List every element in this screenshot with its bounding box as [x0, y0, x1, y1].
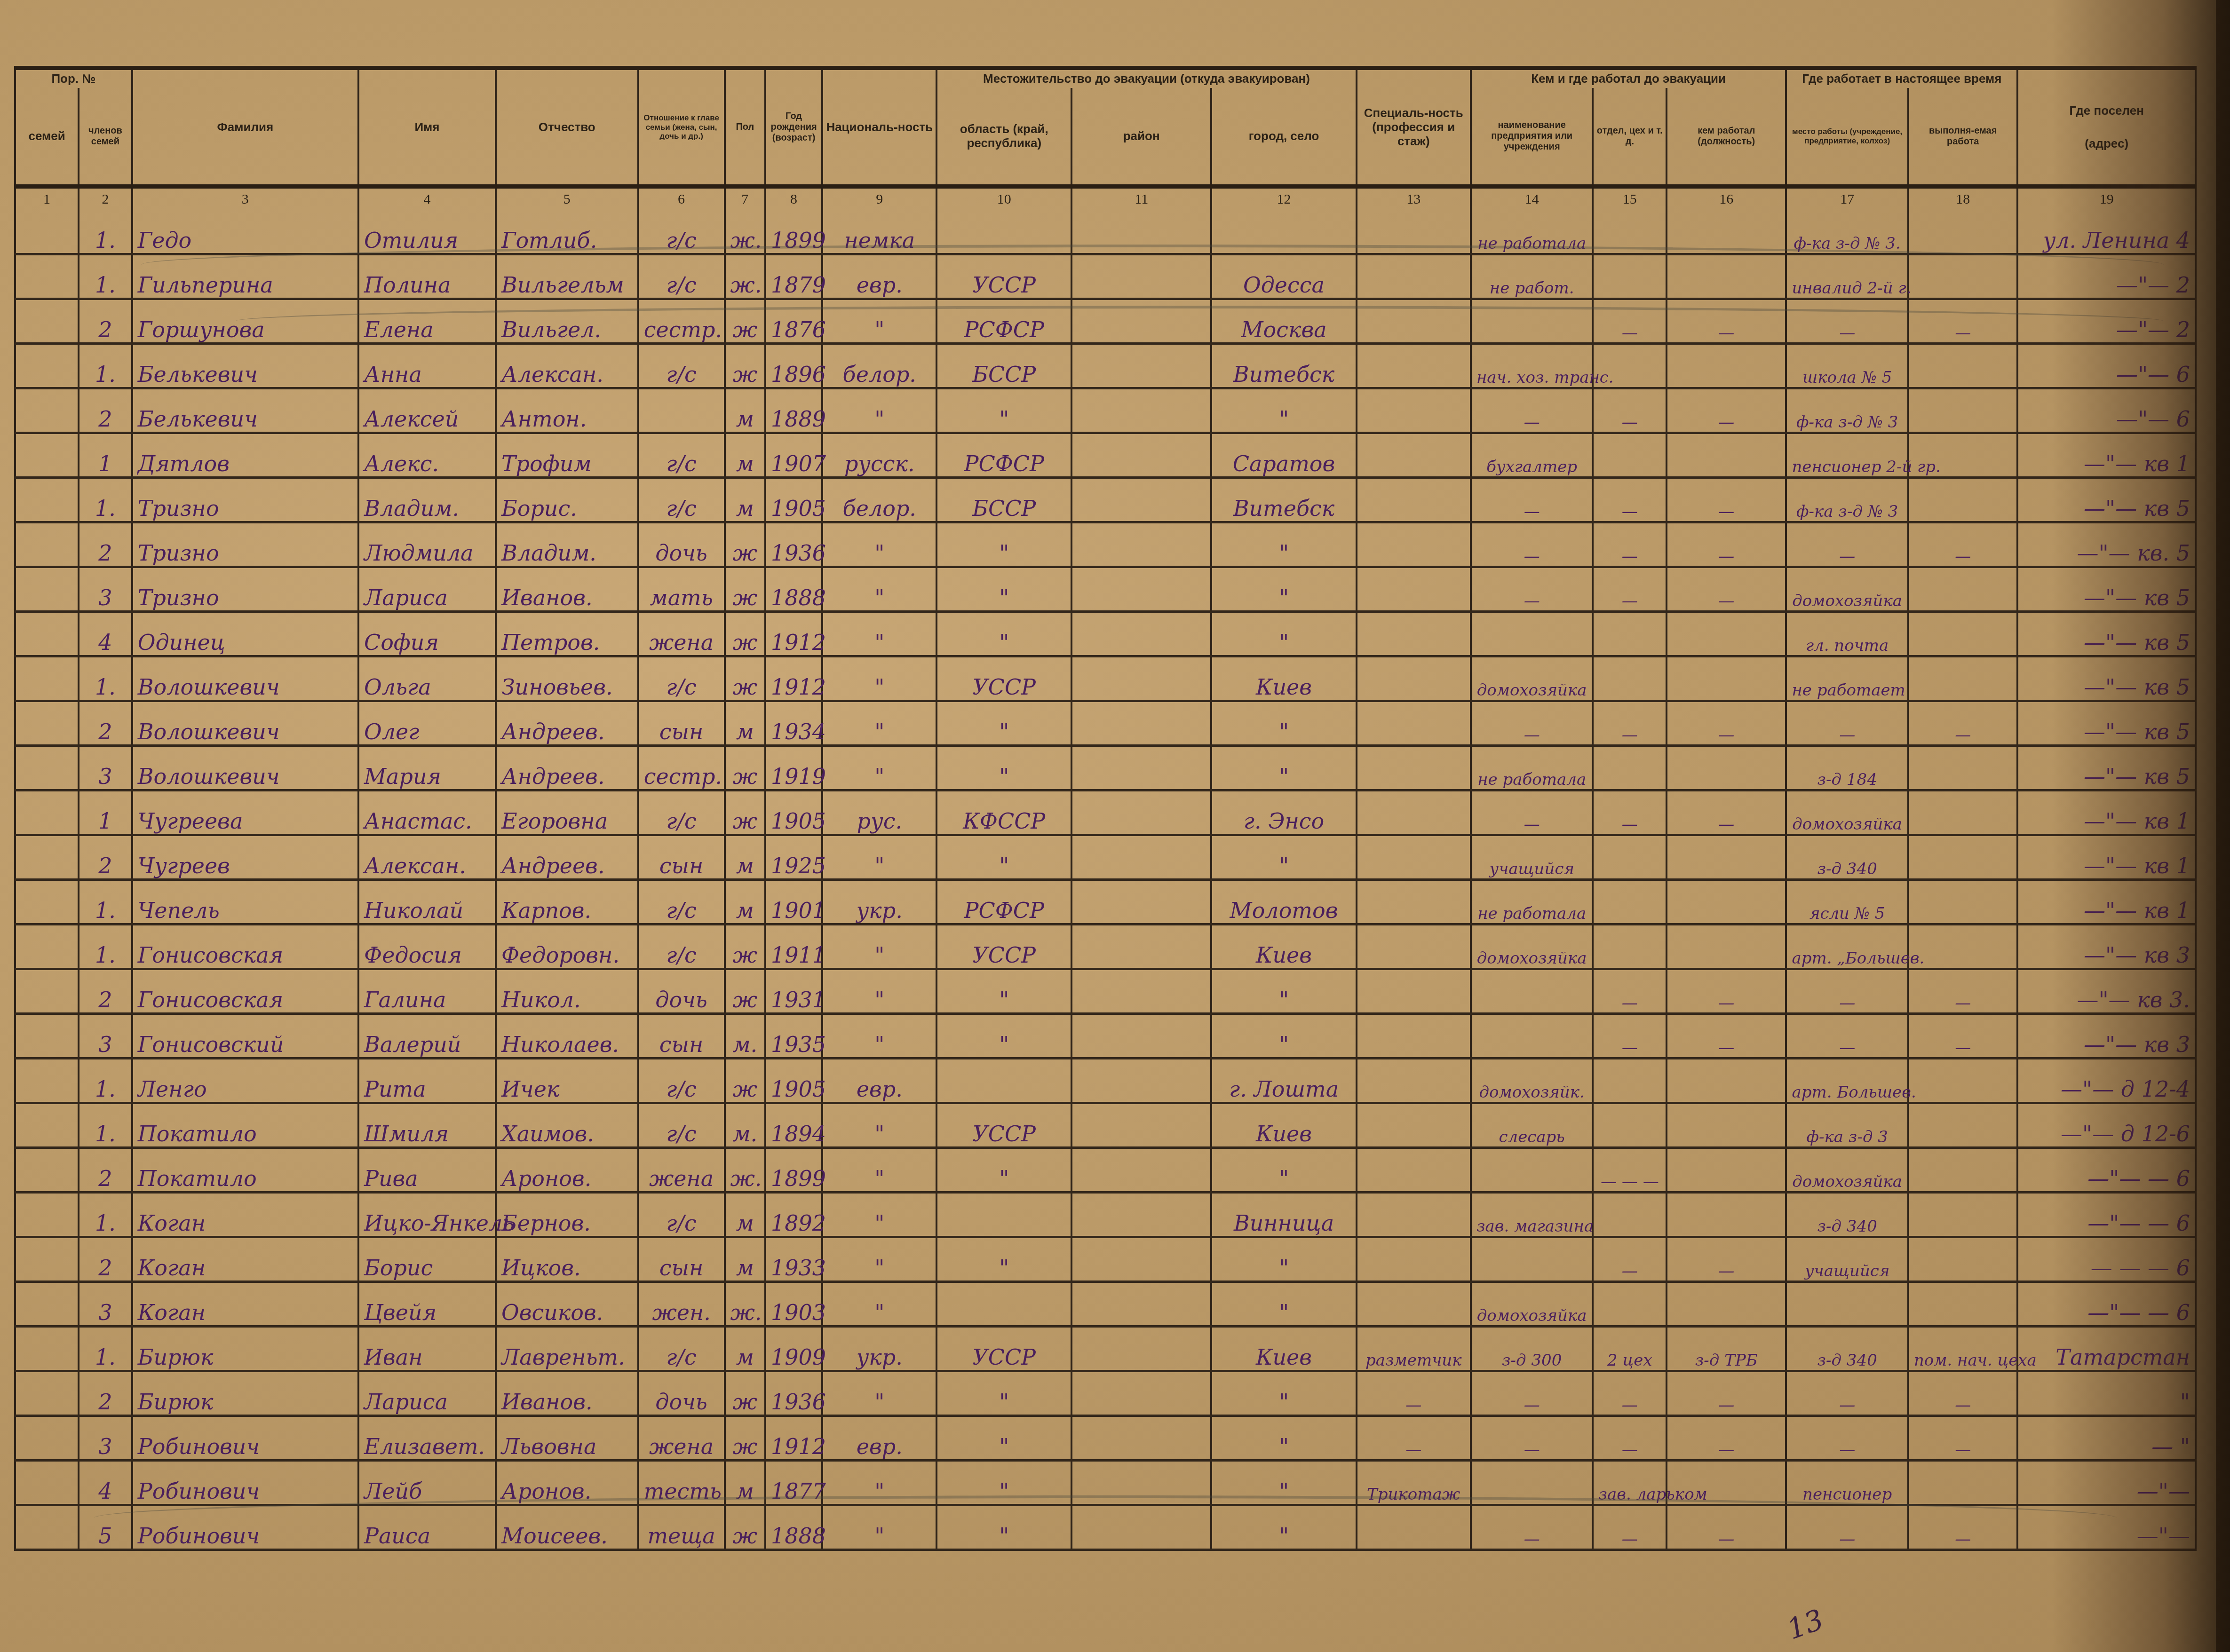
- cell-city: Москва: [1211, 299, 1356, 343]
- cell-nationality: укр.: [822, 1326, 936, 1371]
- cell-current-job: —: [1908, 969, 2018, 1013]
- table-row: 3ГонисовскийВалерийНиколаев.сынм.1935"""…: [15, 1013, 2196, 1058]
- col-chlenov-semey: членов семей: [79, 88, 132, 187]
- cell-district: [1071, 879, 1211, 924]
- cell-family-no: [15, 1326, 79, 1371]
- cell-sex: ж.: [725, 1147, 766, 1192]
- cell-nationality: ": [822, 1192, 936, 1237]
- cell-region: УССР: [936, 1103, 1071, 1147]
- cell-prev-employer: [1471, 969, 1593, 1013]
- cell-prev-employer: [1471, 1013, 1593, 1058]
- table-row: 2ПокатилоРиваАронов.женаж.1899"""— — —до…: [15, 1147, 2196, 1192]
- column-number: 4: [358, 187, 496, 211]
- cell-relation: г/с: [638, 211, 725, 254]
- cell-prev-position: [1667, 924, 1786, 969]
- cell-prev-dept: [1593, 835, 1667, 879]
- cell-current-workplace: —: [1786, 969, 1908, 1013]
- cell-first-name: Владим.: [358, 477, 496, 522]
- cell-city: ": [1211, 1147, 1356, 1192]
- cell-region: ": [936, 835, 1071, 879]
- cell-prev-employer: не работ.: [1471, 254, 1593, 299]
- column-number: 18: [1908, 187, 2018, 211]
- cell-city: ": [1211, 835, 1356, 879]
- cell-current-workplace: —: [1786, 701, 1908, 745]
- cell-district: [1071, 477, 1211, 522]
- cell-relation: г/с: [638, 656, 725, 701]
- cell-nationality: белор.: [822, 343, 936, 388]
- cell-current-workplace: домохозяйка: [1786, 1147, 1908, 1192]
- cell-current-job: [1908, 1460, 2018, 1505]
- cell-relation: дочь: [638, 522, 725, 567]
- cell-specialty: [1357, 254, 1471, 299]
- cell-address: —"— кв 1: [2017, 879, 2196, 924]
- cell-address: —"— д 12-4: [2017, 1058, 2196, 1103]
- cell-city: Киев: [1211, 924, 1356, 969]
- cell-patronymic: Овсиков.: [496, 1281, 638, 1326]
- cell-family-no: [15, 1237, 79, 1281]
- cell-member-no: 3: [79, 1281, 132, 1326]
- cell-prev-dept: —: [1593, 1371, 1667, 1415]
- table-row: 1.ГедоОтилияГотлиб.г/сж.1899немкане рабо…: [15, 211, 2196, 254]
- cell-relation: г/с: [638, 1192, 725, 1237]
- cell-sex: м.: [725, 1103, 766, 1147]
- cell-patronymic: Андреев.: [496, 835, 638, 879]
- cell-first-name: Цвейя: [358, 1281, 496, 1326]
- col-mestozhitelstvo: Местожительство до эвакуации (откуда эва…: [936, 68, 1356, 88]
- cell-address: —"— 6: [2017, 388, 2196, 433]
- cell-sex: ж.: [725, 254, 766, 299]
- cell-city: ": [1211, 969, 1356, 1013]
- column-number: 14: [1471, 187, 1593, 211]
- cell-first-name: Рита: [358, 1058, 496, 1103]
- cell-specialty: [1357, 211, 1471, 254]
- cell-nationality: ": [822, 701, 936, 745]
- cell-prev-position: —: [1667, 522, 1786, 567]
- cell-relation: сын: [638, 701, 725, 745]
- cell-address: —"— кв 3.: [2017, 969, 2196, 1013]
- table-row: 2ЧугреевАлексан.Андреев.сынм1925"""учащи…: [15, 835, 2196, 879]
- cell-region: ": [936, 745, 1071, 790]
- cell-district: [1071, 835, 1211, 879]
- cell-nationality: ": [822, 745, 936, 790]
- cell-specialty: [1357, 879, 1471, 924]
- cell-prev-employer: нач. хоз. транс.: [1471, 343, 1593, 388]
- cell-district: [1071, 1058, 1211, 1103]
- cell-member-no: 2: [79, 522, 132, 567]
- cell-city: ": [1211, 1281, 1356, 1326]
- cell-district: [1071, 745, 1211, 790]
- cell-member-no: 3: [79, 1013, 132, 1058]
- column-number: 13: [1357, 187, 1471, 211]
- cell-member-no: 3: [79, 1415, 132, 1460]
- cell-birth-year: 1896: [765, 343, 822, 388]
- cell-region: КФССР: [936, 790, 1071, 835]
- cell-prev-dept: —: [1593, 969, 1667, 1013]
- cell-patronymic: Хаимов.: [496, 1103, 638, 1147]
- cell-birth-year: 1894: [765, 1103, 822, 1147]
- cell-nationality: ": [822, 388, 936, 433]
- cell-prev-position: [1667, 211, 1786, 254]
- column-number: 3: [132, 187, 358, 211]
- cell-birth-year: 1909: [765, 1326, 822, 1371]
- cell-birth-year: 1935: [765, 1013, 822, 1058]
- column-number: 15: [1593, 187, 1667, 211]
- column-number: 2: [79, 187, 132, 211]
- cell-current-workplace: ясли № 5: [1786, 879, 1908, 924]
- cell-current-job: —: [1908, 1505, 2018, 1549]
- cell-patronymic: Владим.: [496, 522, 638, 567]
- page-number: 13: [1783, 1603, 1828, 1646]
- cell-specialty: [1357, 477, 1471, 522]
- cell-prev-position: [1667, 835, 1786, 879]
- cell-prev-employer: —: [1471, 522, 1593, 567]
- cell-prev-position: —: [1667, 1371, 1786, 1415]
- cell-current-job: [1908, 879, 2018, 924]
- cell-specialty: [1357, 656, 1471, 701]
- cell-region: УССР: [936, 656, 1071, 701]
- cell-birth-year: 1912: [765, 656, 822, 701]
- cell-relation: мать: [638, 567, 725, 611]
- col-familiya: Фамилия: [132, 68, 358, 187]
- cell-first-name: Иван: [358, 1326, 496, 1371]
- cell-prev-position: [1667, 879, 1786, 924]
- cell-prev-position: —: [1667, 567, 1786, 611]
- page-edge: [2216, 0, 2230, 1652]
- cell-prev-dept: —: [1593, 1415, 1667, 1460]
- cell-prev-dept: —: [1593, 522, 1667, 567]
- cell-birth-year: 1936: [765, 1371, 822, 1415]
- table-row: 1.ВолошкевичОльгаЗиновьев.г/сж1912"УССРК…: [15, 656, 2196, 701]
- cell-current-workplace: арт. „Большев.: [1786, 924, 1908, 969]
- cell-family-no: [15, 1103, 79, 1147]
- table-row: 1.ЛенгоРитаИчекг/сж1905евр.г. Лоштадомох…: [15, 1058, 2196, 1103]
- cell-city: Молотов: [1211, 879, 1356, 924]
- cell-surname: Гедо: [132, 211, 358, 254]
- cell-current-job: [1908, 611, 2018, 656]
- cell-member-no: 2: [79, 1147, 132, 1192]
- cell-specialty: [1357, 388, 1471, 433]
- cell-prev-employer: —: [1471, 477, 1593, 522]
- col-oblast: область (край, республика): [936, 88, 1071, 187]
- cell-specialty: [1357, 745, 1471, 790]
- cell-region: УССР: [936, 1326, 1071, 1371]
- cell-sex: ж.: [725, 1281, 766, 1326]
- cell-nationality: русск.: [822, 433, 936, 477]
- col-naimenovanie: наименование предприятия или учреждения: [1471, 88, 1593, 187]
- cell-first-name: Раиса: [358, 1505, 496, 1549]
- cell-city: ": [1211, 567, 1356, 611]
- cell-current-job: —: [1908, 1415, 2018, 1460]
- cell-birth-year: 1892: [765, 1192, 822, 1237]
- cell-district: [1071, 1237, 1211, 1281]
- cell-sex: ж: [725, 924, 766, 969]
- cell-address: —"— кв 1: [2017, 790, 2196, 835]
- cell-prev-dept: —: [1593, 1505, 1667, 1549]
- cell-sex: м: [725, 835, 766, 879]
- cell-nationality: ": [822, 1460, 936, 1505]
- cell-member-no: 2: [79, 1371, 132, 1415]
- cell-specialty: [1357, 299, 1471, 343]
- cell-prev-dept: [1593, 611, 1667, 656]
- cell-patronymic: Ичек: [496, 1058, 638, 1103]
- cell-birth-year: 1912: [765, 1415, 822, 1460]
- cell-birth-year: 1905: [765, 477, 822, 522]
- cell-member-no: 1.: [79, 343, 132, 388]
- cell-city: ": [1211, 1415, 1356, 1460]
- cell-relation: жена: [638, 1415, 725, 1460]
- cell-specialty: [1357, 924, 1471, 969]
- cell-district: [1071, 1460, 1211, 1505]
- column-number: 10: [936, 187, 1071, 211]
- table-row: 3ВолошкевичМарияАндреев.сестр.ж1919"""не…: [15, 745, 2196, 790]
- cell-nationality: ": [822, 969, 936, 1013]
- cell-current-workplace: —: [1786, 1371, 1908, 1415]
- cell-member-no: 1.: [79, 656, 132, 701]
- cell-nationality: ": [822, 924, 936, 969]
- cell-birth-year: 1903: [765, 1281, 822, 1326]
- cell-prev-position: —: [1667, 388, 1786, 433]
- cell-nationality: ": [822, 1013, 936, 1058]
- cell-relation: г/с: [638, 343, 725, 388]
- cell-relation: тесть: [638, 1460, 725, 1505]
- cell-family-no: [15, 254, 79, 299]
- cell-specialty: [1357, 969, 1471, 1013]
- cell-first-name: Анастас.: [358, 790, 496, 835]
- cell-sex: ж: [725, 1505, 766, 1549]
- cell-address: —"— — 6: [2017, 1192, 2196, 1237]
- cell-prev-dept: [1593, 211, 1667, 254]
- col-otdel: отдел, цех и т. д.: [1593, 88, 1667, 187]
- cell-district: [1071, 1281, 1211, 1326]
- cell-current-job: —: [1908, 1371, 2018, 1415]
- cell-region: ": [936, 567, 1071, 611]
- cell-prev-employer: не работала: [1471, 879, 1593, 924]
- cell-sex: м: [725, 1192, 766, 1237]
- cell-district: [1071, 924, 1211, 969]
- cell-prev-position: —: [1667, 299, 1786, 343]
- cell-current-workplace: не работает: [1786, 656, 1908, 701]
- cell-current-workplace: домохозяйка: [1786, 567, 1908, 611]
- cell-prev-dept: — — —: [1593, 1147, 1667, 1192]
- cell-current-workplace: —: [1786, 1013, 1908, 1058]
- cell-patronymic: Егоровна: [496, 790, 638, 835]
- cell-prev-employer: —: [1471, 701, 1593, 745]
- cell-first-name: Алексей: [358, 388, 496, 433]
- table-row: 2ГоршуноваЕленаВильгел.сестр.ж1876"РСФСР…: [15, 299, 2196, 343]
- cell-region: УССР: [936, 254, 1071, 299]
- cell-specialty: [1357, 1237, 1471, 1281]
- cell-first-name: Лариса: [358, 567, 496, 611]
- cell-first-name: Федосия: [358, 924, 496, 969]
- cell-current-job: [1908, 924, 2018, 969]
- cell-current-job: [1908, 656, 2018, 701]
- cell-prev-employer: зав. магазина: [1471, 1192, 1593, 1237]
- cell-first-name: Людмила: [358, 522, 496, 567]
- cell-member-no: 4: [79, 1460, 132, 1505]
- cell-family-no: [15, 879, 79, 924]
- cell-current-workplace: школа № 5: [1786, 343, 1908, 388]
- cell-city: ": [1211, 388, 1356, 433]
- cell-prev-position: [1667, 1281, 1786, 1326]
- cell-city: г. Лошта: [1211, 1058, 1356, 1103]
- cell-prev-position: [1667, 254, 1786, 299]
- cell-current-job: [1908, 1103, 2018, 1147]
- cell-specialty: [1357, 1058, 1471, 1103]
- cell-sex: м: [725, 388, 766, 433]
- cell-district: [1071, 343, 1211, 388]
- cell-current-workplace: инвалид 2-й г.: [1786, 254, 1908, 299]
- cell-nationality: ": [822, 567, 936, 611]
- cell-city: ": [1211, 1237, 1356, 1281]
- cell-city: Киев: [1211, 1103, 1356, 1147]
- cell-prev-dept: —: [1593, 388, 1667, 433]
- cell-relation: г/с: [638, 433, 725, 477]
- cell-city: Витебск: [1211, 477, 1356, 522]
- cell-family-no: [15, 299, 79, 343]
- cell-first-name: Лариса: [358, 1371, 496, 1415]
- cell-prev-position: [1667, 656, 1786, 701]
- col-pol: Пол: [725, 68, 766, 187]
- cell-prev-dept: [1593, 1192, 1667, 1237]
- column-number: 5: [496, 187, 638, 211]
- cell-relation: теща: [638, 1505, 725, 1549]
- cell-patronymic: Николаев.: [496, 1013, 638, 1058]
- cell-member-no: 3: [79, 745, 132, 790]
- cell-member-no: 2: [79, 701, 132, 745]
- cell-prev-dept: [1593, 1058, 1667, 1103]
- cell-address: —"— кв 1: [2017, 835, 2196, 879]
- cell-prev-position: [1667, 745, 1786, 790]
- cell-surname: Бирюк: [132, 1371, 358, 1415]
- cell-current-workplace: пенсионер: [1786, 1460, 1908, 1505]
- cell-surname: Покатило: [132, 1147, 358, 1192]
- cell-family-no: [15, 1505, 79, 1549]
- cell-first-name: Анна: [358, 343, 496, 388]
- cell-specialty: разметчик: [1357, 1326, 1471, 1371]
- cell-nationality: евр.: [822, 1058, 936, 1103]
- cell-birth-year: 1934: [765, 701, 822, 745]
- table-row: 1.КоганИцко-ЯнкельБернов.г/см1892"Винниц…: [15, 1192, 2196, 1237]
- cell-prev-employer: [1471, 299, 1593, 343]
- cell-relation: сестр.: [638, 745, 725, 790]
- cell-family-no: [15, 211, 79, 254]
- cell-relation: сестр.: [638, 299, 725, 343]
- cell-sex: м: [725, 1460, 766, 1505]
- cell-region: ": [936, 1371, 1071, 1415]
- cell-prev-dept: [1593, 254, 1667, 299]
- cell-specialty: [1357, 567, 1471, 611]
- cell-patronymic: Трофим: [496, 433, 638, 477]
- cell-city: ": [1211, 745, 1356, 790]
- cell-prev-employer: домохозяйка: [1471, 656, 1593, 701]
- cell-family-no: [15, 567, 79, 611]
- cell-city: ": [1211, 1371, 1356, 1415]
- cell-member-no: 1.: [79, 211, 132, 254]
- cell-nationality: рус.: [822, 790, 936, 835]
- cell-patronymic: Львовна: [496, 1415, 638, 1460]
- cell-current-job: —: [1908, 522, 2018, 567]
- cell-first-name: Елизавет.: [358, 1415, 496, 1460]
- column-number: 9: [822, 187, 936, 211]
- cell-patronymic: Готлиб.: [496, 211, 638, 254]
- cell-birth-year: 1876: [765, 299, 822, 343]
- cell-family-no: [15, 477, 79, 522]
- cell-district: [1071, 1371, 1211, 1415]
- cell-surname: Гонисовский: [132, 1013, 358, 1058]
- cell-current-workplace: домохозяйка: [1786, 790, 1908, 835]
- cell-member-no: 2: [79, 299, 132, 343]
- cell-address: —"— кв 5: [2017, 745, 2196, 790]
- col-spetsialnost: Специаль-ность (профессия и стаж): [1357, 68, 1471, 187]
- cell-nationality: немка: [822, 211, 936, 254]
- cell-relation: г/с: [638, 1103, 725, 1147]
- cell-patronymic: Ицков.: [496, 1237, 638, 1281]
- cell-region: ": [936, 1013, 1071, 1058]
- cell-prev-dept: —: [1593, 299, 1667, 343]
- cell-prev-employer: —: [1471, 567, 1593, 611]
- cell-nationality: ": [822, 1371, 936, 1415]
- cell-first-name: Алекс.: [358, 433, 496, 477]
- cell-current-workplace: гл. почта: [1786, 611, 1908, 656]
- cell-district: [1071, 969, 1211, 1013]
- cell-prev-employer: не работала: [1471, 211, 1593, 254]
- cell-surname: Робинович: [132, 1505, 358, 1549]
- col-gde-rabotaet: Где работает в настоящее время: [1786, 68, 2017, 88]
- cell-current-job: [1908, 1281, 2018, 1326]
- cell-surname: Гильперина: [132, 254, 358, 299]
- cell-prev-employer: не работала: [1471, 745, 1593, 790]
- cell-address: —"— д 12-6: [2017, 1103, 2196, 1147]
- cell-district: [1071, 1013, 1211, 1058]
- cell-address: —"— 2: [2017, 299, 2196, 343]
- cell-prev-position: [1667, 1192, 1786, 1237]
- cell-current-workplace: з-д 340: [1786, 1192, 1908, 1237]
- cell-specialty: [1357, 790, 1471, 835]
- cell-first-name: Шмиля: [358, 1103, 496, 1147]
- cell-current-job: [1908, 254, 2018, 299]
- col-vypolnyaemaya: выполня-емая работа: [1908, 88, 2018, 187]
- cell-relation: г/с: [638, 790, 725, 835]
- cell-region: УССР: [936, 924, 1071, 969]
- cell-birth-year: 1899: [765, 1147, 822, 1192]
- cell-prev-employer: —: [1471, 1415, 1593, 1460]
- cell-region: БССР: [936, 343, 1071, 388]
- col-semey: семей: [15, 88, 79, 187]
- column-number: 11: [1071, 187, 1211, 211]
- cell-first-name: Мария: [358, 745, 496, 790]
- cell-district: [1071, 522, 1211, 567]
- cell-sex: ж: [725, 299, 766, 343]
- cell-current-job: [1908, 567, 2018, 611]
- cell-specialty: [1357, 835, 1471, 879]
- cell-current-workplace: ф-ка з-д № 3: [1786, 388, 1908, 433]
- cell-relation: жен.: [638, 1281, 725, 1326]
- cell-birth-year: 1905: [765, 1058, 822, 1103]
- cell-surname: Коган: [132, 1237, 358, 1281]
- cell-address: ": [2017, 1371, 2196, 1415]
- cell-member-no: 1.: [79, 254, 132, 299]
- col-kem-rabotal: кем работал (должность): [1667, 88, 1786, 187]
- cell-region: ": [936, 1505, 1071, 1549]
- cell-district: [1071, 211, 1211, 254]
- table-row: 2БелькевичАлексейАнтон.м1889"""———ф-ка з…: [15, 388, 2196, 433]
- cell-surname: Дятлов: [132, 433, 358, 477]
- cell-region: ": [936, 1237, 1071, 1281]
- cell-prev-position: [1667, 1147, 1786, 1192]
- cell-first-name: Ицко-Янкель: [358, 1192, 496, 1237]
- cell-patronymic: Иванов.: [496, 1371, 638, 1415]
- cell-district: [1071, 388, 1211, 433]
